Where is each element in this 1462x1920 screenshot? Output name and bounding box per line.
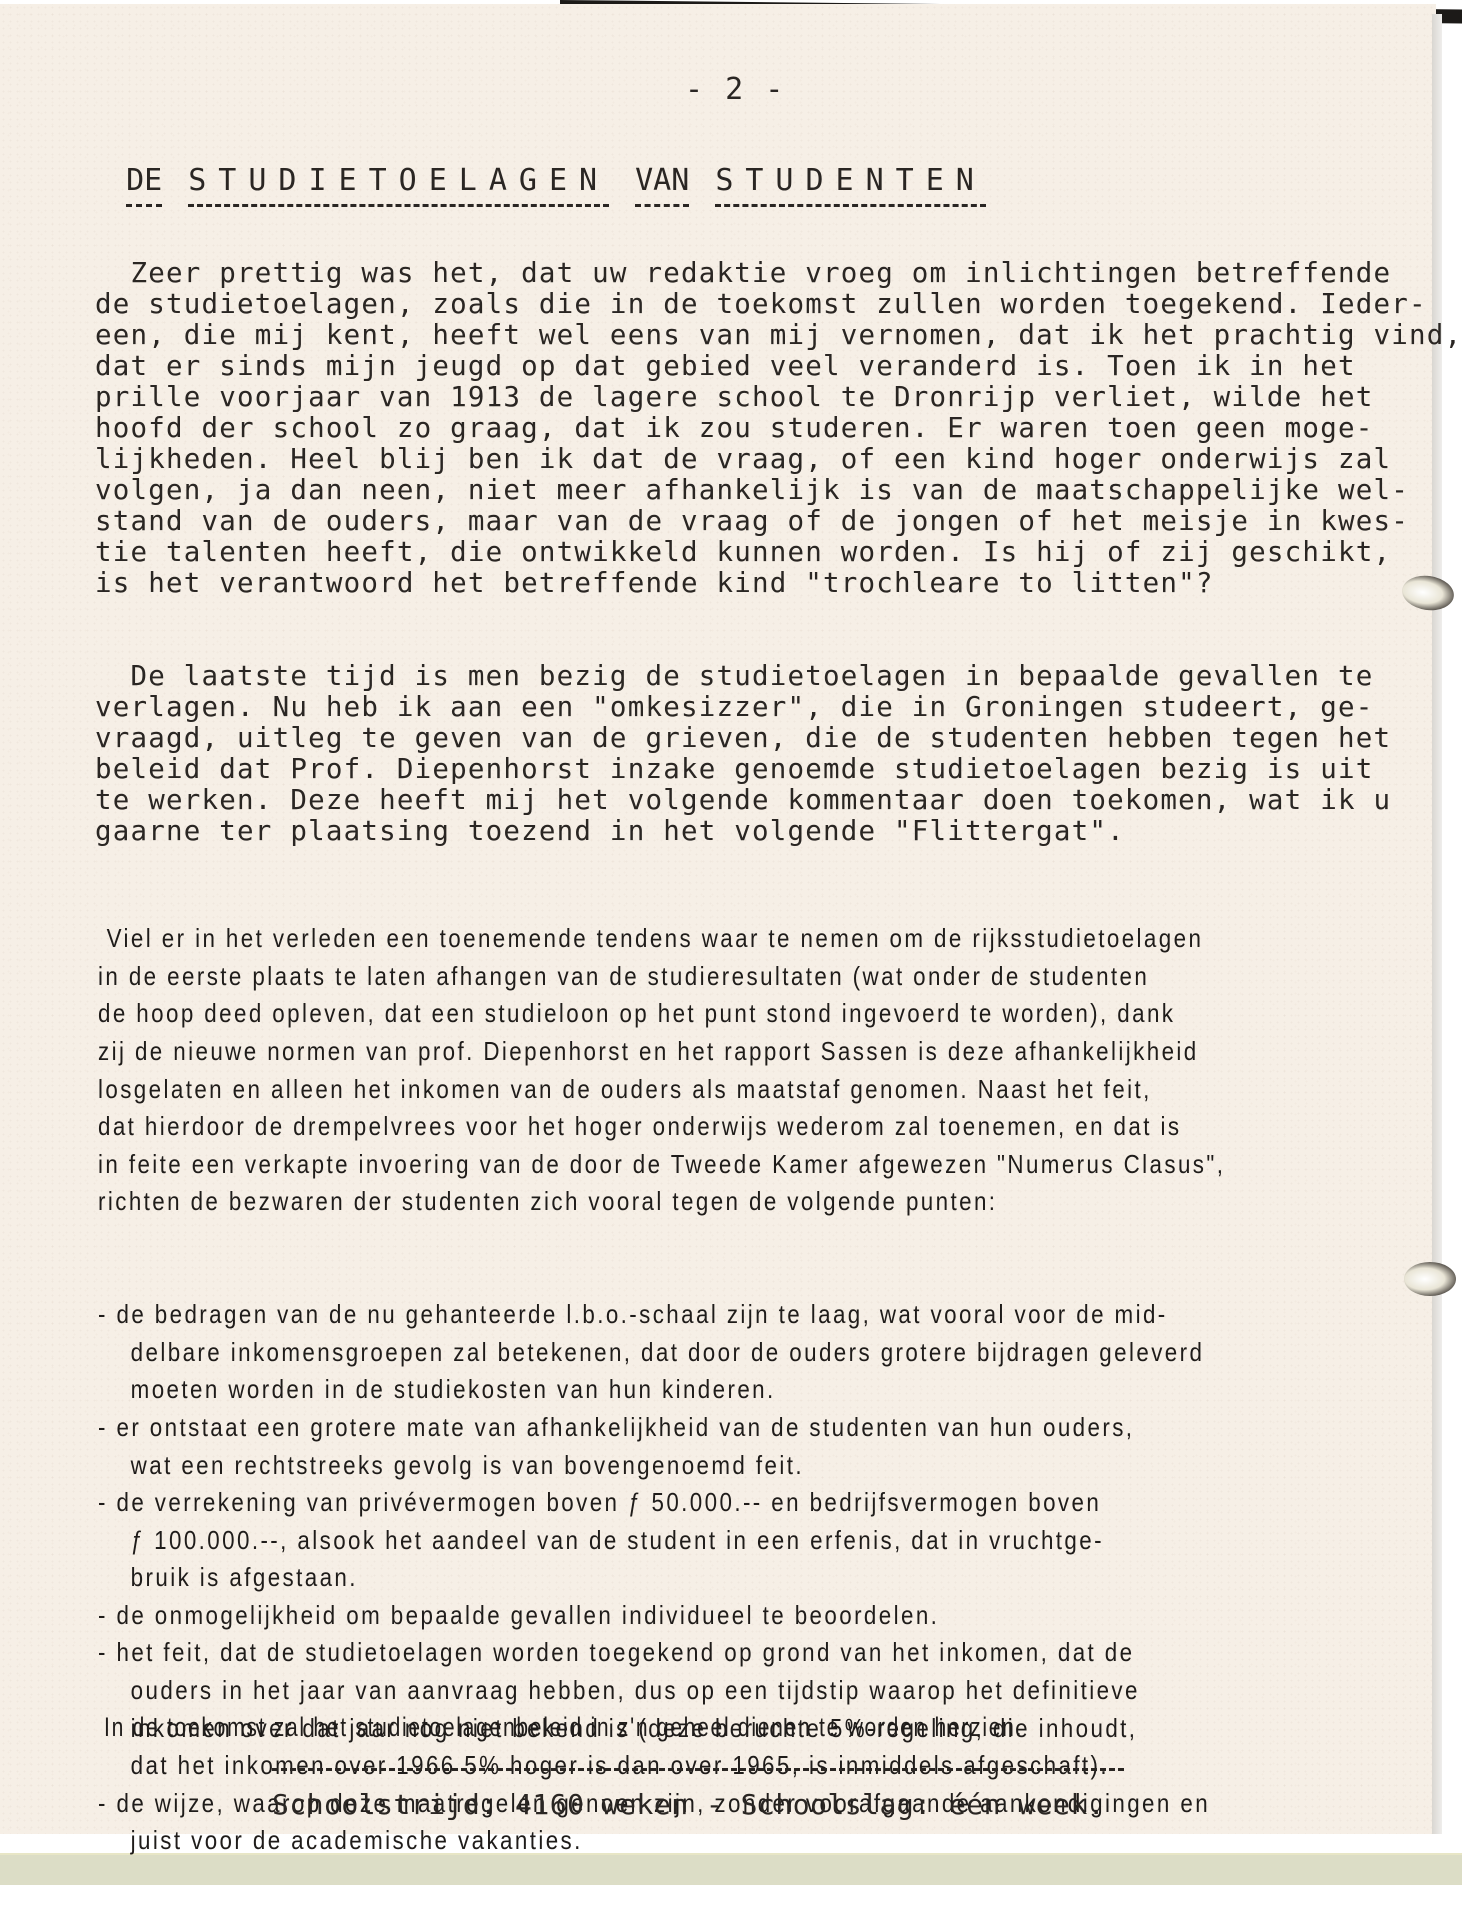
text-line: dat hierdoor de drempelvrees voor het ho… xyxy=(98,1108,1225,1146)
text-line: delbare inkomensgroepen zal betekenen, d… xyxy=(98,1334,1225,1372)
objection-list: - de bedragen van de nu gehanteerde l.b.… xyxy=(98,1296,1225,1860)
text-line: - de verrekening van privévermogen boven… xyxy=(98,1484,1225,1522)
intro-text: Zeer prettig was het, dat uw redaktie vr… xyxy=(95,196,1462,878)
punch-hole-icon xyxy=(1404,1262,1456,1296)
list-item: - het feit, dat de studietoelagen worden… xyxy=(98,1634,1225,1784)
commentary-opening: Viel er in het verleden een toenemende t… xyxy=(98,920,1225,1221)
page-number: - 2 - xyxy=(685,72,785,107)
text-line: dat er sinds mijn jeugd op dat gebied ve… xyxy=(95,351,1462,382)
list-item: - de bedragen van de nu gehanteerde l.b.… xyxy=(98,1296,1225,1409)
text-line: ouders in het jaar van aanvraag hebben, … xyxy=(98,1672,1225,1710)
closing-sentence: In de toekomst zal het studietoelagenbel… xyxy=(104,1712,1023,1743)
intro-paragraph-2: De laatste tijd is men bezig de studieto… xyxy=(95,661,1462,847)
text-line: richten de bezwaren der studenten zich v… xyxy=(98,1183,1225,1221)
list-item: - de onmogelijkheid om bepaalde gevallen… xyxy=(98,1597,1225,1635)
intro-paragraph-1: Zeer prettig was het, dat uw redaktie vr… xyxy=(95,258,1462,599)
text-line: - het feit, dat de studietoelagen worden… xyxy=(98,1634,1225,1672)
text-line: - de onmogelijkheid om bepaalde gevallen… xyxy=(98,1597,1225,1635)
text-line: prille voorjaar van 1913 de lagere schoo… xyxy=(95,382,1462,413)
text-line: beleid dat Prof. Diepenhorst inzake geno… xyxy=(95,754,1462,785)
text-line: de studietoelagen, zoals die in de toeko… xyxy=(95,289,1462,320)
text-line: ƒ 100.000.--, alsook het aandeel van de … xyxy=(98,1522,1225,1560)
text-line: moeten worden in de studiekosten van hun… xyxy=(98,1371,1225,1409)
text-line: de hoop deed opleven, dat een studieloon… xyxy=(98,995,1225,1033)
text-line: in de eerste plaats te laten afhangen va… xyxy=(98,958,1225,996)
text-line: - er ontstaat een grotere mate van afhan… xyxy=(98,1409,1225,1447)
text-line: hoofd der school zo graag, dat ik zou st… xyxy=(95,413,1462,444)
text-line: De laatste tijd is men bezig de studieto… xyxy=(95,661,1462,692)
list-item: - de verrekening van privévermogen boven… xyxy=(98,1484,1225,1597)
list-item: - er ontstaat een grotere mate van afhan… xyxy=(98,1409,1225,1484)
text-line: volgen, ja dan neen, niet meer afhankeli… xyxy=(95,475,1462,506)
text-line: wat een rechtstreeks gevolg is van boven… xyxy=(98,1447,1225,1485)
text-line: juist voor de academische vakanties. xyxy=(98,1822,1225,1860)
text-line: Viel er in het verleden een toenemende t… xyxy=(98,920,1225,958)
dashed-divider xyxy=(272,1768,1124,1771)
text-line: - de bedragen van de nu gehanteerde l.b.… xyxy=(98,1296,1225,1334)
text-line: te werken. Deze heeft mij het volgende k… xyxy=(95,785,1462,816)
text-line: gaarne ter plaatsing toezend in het volg… xyxy=(95,816,1462,847)
text-line: tie talenten heeft, die ontwikkeld kunne… xyxy=(95,537,1462,568)
text-line: losgelaten en alleen het inkomen van de … xyxy=(98,1071,1225,1109)
text-line: verlagen. Nu heb ik aan een "omkesizzer"… xyxy=(95,692,1462,723)
text-line: in feite een verkapte invoering van de d… xyxy=(98,1146,1225,1184)
text-line: bruik is afgestaan. xyxy=(98,1559,1225,1597)
text-line: dat het inkomen over 1966 5% hoger is da… xyxy=(98,1747,1225,1785)
text-line: Zeer prettig was het, dat uw redaktie vr… xyxy=(95,258,1462,289)
text-line: vraagd, uitleg te geven van de grieven, … xyxy=(95,723,1462,754)
text-line: lijkheden. Heel blij ben ik dat de vraag… xyxy=(95,444,1462,475)
text-line: een, die mij kent, heeft wel eens van mi… xyxy=(95,320,1462,351)
text-line: zij de nieuwe normen van prof. Diepenhor… xyxy=(98,1033,1225,1071)
text-line: is het verantwoord het betreffende kind … xyxy=(95,568,1462,599)
text-line: stand van de ouders, maar van de vraag o… xyxy=(95,506,1462,537)
footer-slogan: Schoolstrijd: 4160 weken - Schoolslag: é… xyxy=(272,1788,1105,1821)
